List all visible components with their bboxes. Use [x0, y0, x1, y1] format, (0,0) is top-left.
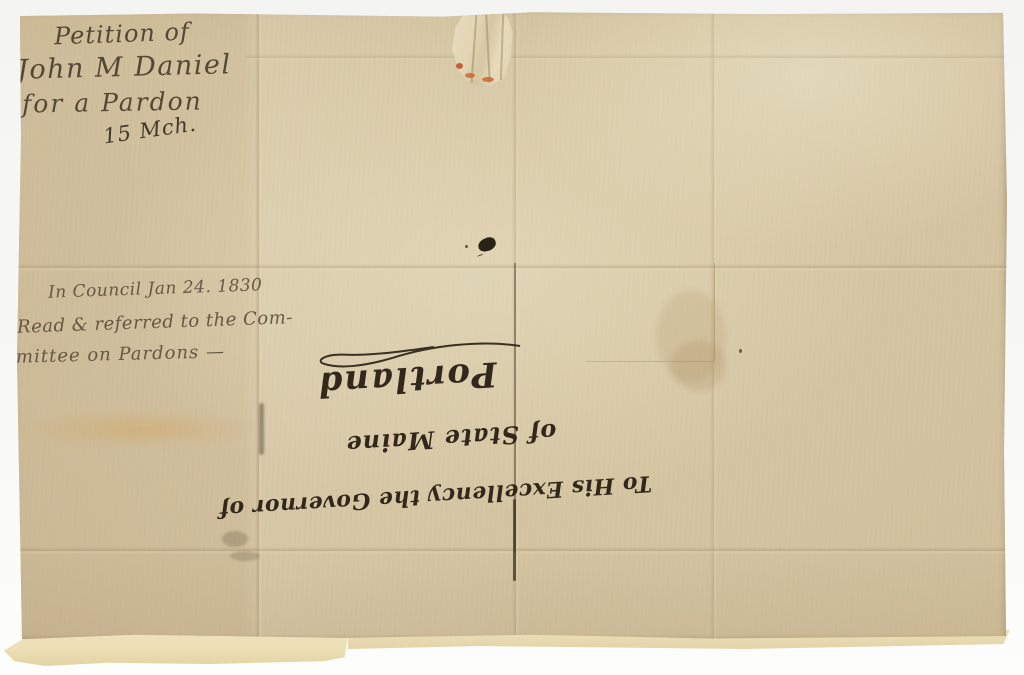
center-fold-line-dark-segment	[513, 499, 516, 581]
ink-speck	[739, 349, 742, 353]
docket-line-1: Petition of	[54, 18, 191, 51]
seal-pleat	[499, 14, 503, 83]
fold-crease-horizontal-middle	[16, 264, 1008, 271]
wax-fragment	[482, 77, 494, 82]
address-line-2: of State Maine	[294, 413, 649, 464]
seal-pleat	[485, 14, 491, 83]
council-note-line-1: In Council Jan 24. 1830	[48, 275, 263, 302]
fold-crease-horizontal-bottom	[16, 547, 1008, 554]
paper-sheet: Petition of John M Daniel for a Pardon 1…	[16, 11, 1008, 641]
wax-fragment	[456, 63, 463, 69]
smudge-mark	[222, 531, 248, 547]
council-note-line-2: Read & referred to the Com-	[17, 307, 293, 338]
crease-smudge	[259, 403, 264, 455]
ink-speck	[465, 245, 468, 248]
document-scan: Petition of John M Daniel for a Pardon 1…	[0, 0, 1024, 675]
docket-initials: 15 Mch.	[102, 112, 198, 149]
fold-crease-horizontal-top	[246, 54, 1008, 61]
wax-fragment	[465, 73, 475, 78]
docket-line-2: John M Daniel	[17, 49, 232, 86]
council-note-line-3: mittee on Pardons —	[16, 341, 226, 367]
address-line-3: Portland	[289, 330, 646, 406]
stain-band	[16, 405, 262, 453]
ink-blot	[476, 236, 497, 254]
address-panel: To His Excellency the Governor of of Sta…	[289, 330, 653, 521]
fox-stain	[671, 341, 726, 391]
smudge-mark	[230, 551, 260, 561]
address-line-1: To His Excellency the Governor of	[298, 470, 653, 522]
